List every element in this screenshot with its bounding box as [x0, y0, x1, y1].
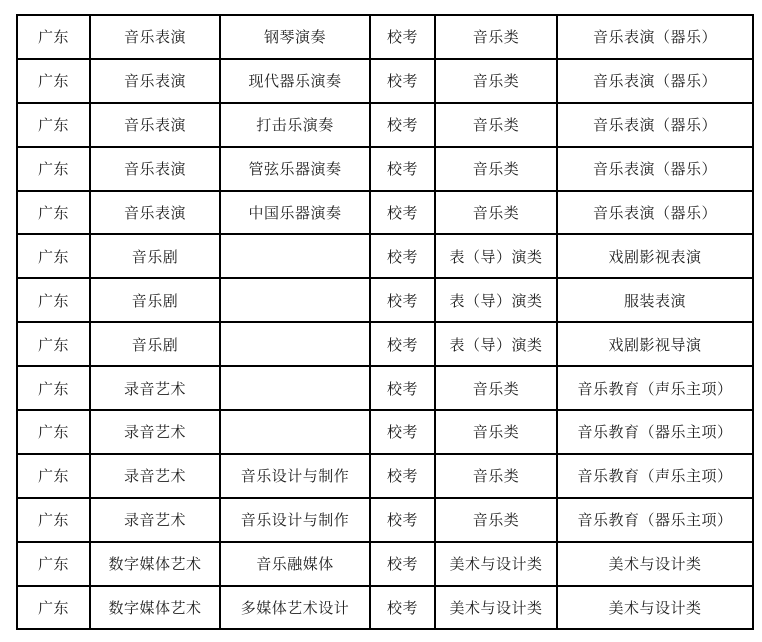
table-cell — [220, 234, 370, 278]
table-cell: 音乐教育（声乐主项） — [557, 454, 753, 498]
table-cell: 校考 — [370, 147, 435, 191]
table-cell: 音乐表演（器乐） — [557, 59, 753, 103]
table-cell — [220, 410, 370, 454]
table-cell: 音乐表演 — [90, 147, 220, 191]
table-cell: 音乐类 — [435, 15, 557, 59]
table-cell: 音乐类 — [435, 191, 557, 235]
table-cell: 校考 — [370, 454, 435, 498]
table-cell: 录音艺术 — [90, 410, 220, 454]
table-cell: 多媒体艺术设计 — [220, 586, 370, 630]
table-cell: 广东 — [17, 454, 90, 498]
table-cell: 音乐类 — [435, 59, 557, 103]
table-cell: 广东 — [17, 234, 90, 278]
table-cell: 音乐表演（器乐） — [557, 15, 753, 59]
table-cell: 广东 — [17, 15, 90, 59]
table-cell: 音乐融媒体 — [220, 542, 370, 586]
table-cell: 广东 — [17, 278, 90, 322]
table-cell: 音乐教育（声乐主项） — [557, 366, 753, 410]
table-cell: 音乐表演（器乐） — [557, 147, 753, 191]
table-cell: 美术与设计类 — [435, 586, 557, 630]
table-cell: 校考 — [370, 278, 435, 322]
table-cell: 音乐表演 — [90, 59, 220, 103]
table-cell — [220, 322, 370, 366]
table-cell — [220, 366, 370, 410]
table-cell: 音乐设计与制作 — [220, 454, 370, 498]
table-cell: 录音艺术 — [90, 366, 220, 410]
table-cell: 录音艺术 — [90, 454, 220, 498]
table-row: 广东录音艺术校考音乐类音乐教育（器乐主项） — [17, 410, 753, 454]
table-cell: 戏剧影视导演 — [557, 322, 753, 366]
table-row: 广东音乐表演管弦乐器演奏校考音乐类音乐表演（器乐） — [17, 147, 753, 191]
table-cell: 表（导）演类 — [435, 322, 557, 366]
table-row: 广东录音艺术校考音乐类音乐教育（声乐主项） — [17, 366, 753, 410]
table-cell: 音乐表演 — [90, 103, 220, 147]
table-cell: 美术与设计类 — [557, 542, 753, 586]
table-cell: 美术与设计类 — [557, 586, 753, 630]
table-row: 广东录音艺术音乐设计与制作校考音乐类音乐教育（器乐主项） — [17, 498, 753, 542]
admission-table: 广东音乐表演钢琴演奏校考音乐类音乐表演（器乐）广东音乐表演现代器乐演奏校考音乐类… — [16, 14, 754, 630]
table-cell: 录音艺术 — [90, 498, 220, 542]
table-cell: 音乐教育（器乐主项） — [557, 498, 753, 542]
table-cell: 校考 — [370, 542, 435, 586]
table-row: 广东音乐表演中国乐器演奏校考音乐类音乐表演（器乐） — [17, 191, 753, 235]
table-cell: 音乐类 — [435, 366, 557, 410]
table-cell: 打击乐演奏 — [220, 103, 370, 147]
table-cell: 广东 — [17, 542, 90, 586]
table-cell: 音乐类 — [435, 410, 557, 454]
table-cell: 校考 — [370, 586, 435, 630]
table-row: 广东数字媒体艺术音乐融媒体校考美术与设计类美术与设计类 — [17, 542, 753, 586]
table-cell: 表（导）演类 — [435, 234, 557, 278]
table-row: 广东录音艺术音乐设计与制作校考音乐类音乐教育（声乐主项） — [17, 454, 753, 498]
table-row: 广东音乐剧校考表（导）演类戏剧影视导演 — [17, 322, 753, 366]
document-page: 广东音乐表演钢琴演奏校考音乐类音乐表演（器乐）广东音乐表演现代器乐演奏校考音乐类… — [0, 0, 762, 642]
table-cell: 广东 — [17, 366, 90, 410]
table-cell: 广东 — [17, 322, 90, 366]
table-cell: 现代器乐演奏 — [220, 59, 370, 103]
table-cell: 音乐剧 — [90, 234, 220, 278]
table-cell: 音乐表演（器乐） — [557, 191, 753, 235]
table-cell — [220, 278, 370, 322]
table-cell: 音乐剧 — [90, 278, 220, 322]
table-cell: 校考 — [370, 410, 435, 454]
table-row: 广东音乐表演钢琴演奏校考音乐类音乐表演（器乐） — [17, 15, 753, 59]
table-cell: 广东 — [17, 59, 90, 103]
table-cell: 音乐表演 — [90, 15, 220, 59]
table-body: 广东音乐表演钢琴演奏校考音乐类音乐表演（器乐）广东音乐表演现代器乐演奏校考音乐类… — [17, 15, 753, 629]
table-cell: 音乐表演 — [90, 191, 220, 235]
table-cell: 音乐类 — [435, 454, 557, 498]
table-cell: 中国乐器演奏 — [220, 191, 370, 235]
table-cell: 校考 — [370, 103, 435, 147]
table-cell: 数字媒体艺术 — [90, 586, 220, 630]
table-cell: 管弦乐器演奏 — [220, 147, 370, 191]
table-cell: 校考 — [370, 234, 435, 278]
table-cell: 音乐类 — [435, 103, 557, 147]
table-cell: 服装表演 — [557, 278, 753, 322]
table-cell: 校考 — [370, 59, 435, 103]
table-row: 广东音乐剧校考表（导）演类戏剧影视表演 — [17, 234, 753, 278]
table-cell: 表（导）演类 — [435, 278, 557, 322]
table-cell: 广东 — [17, 586, 90, 630]
table-row: 广东音乐表演打击乐演奏校考音乐类音乐表演（器乐） — [17, 103, 753, 147]
table-cell: 广东 — [17, 498, 90, 542]
table-cell: 广东 — [17, 191, 90, 235]
table-cell: 戏剧影视表演 — [557, 234, 753, 278]
table-cell: 校考 — [370, 15, 435, 59]
table-cell: 钢琴演奏 — [220, 15, 370, 59]
table-row: 广东音乐剧校考表（导）演类服装表演 — [17, 278, 753, 322]
table-cell: 广东 — [17, 103, 90, 147]
table-cell: 美术与设计类 — [435, 542, 557, 586]
table-cell: 音乐教育（器乐主项） — [557, 410, 753, 454]
table-cell: 校考 — [370, 191, 435, 235]
table-cell: 音乐设计与制作 — [220, 498, 370, 542]
table-cell: 广东 — [17, 410, 90, 454]
table-cell: 音乐类 — [435, 498, 557, 542]
table-cell: 校考 — [370, 322, 435, 366]
table-cell: 音乐表演（器乐） — [557, 103, 753, 147]
table-row: 广东音乐表演现代器乐演奏校考音乐类音乐表演（器乐） — [17, 59, 753, 103]
table-cell: 校考 — [370, 366, 435, 410]
table-row: 广东数字媒体艺术多媒体艺术设计校考美术与设计类美术与设计类 — [17, 586, 753, 630]
table-cell: 音乐剧 — [90, 322, 220, 366]
table-cell: 校考 — [370, 498, 435, 542]
table-cell: 数字媒体艺术 — [90, 542, 220, 586]
table-cell: 音乐类 — [435, 147, 557, 191]
table-cell: 广东 — [17, 147, 90, 191]
